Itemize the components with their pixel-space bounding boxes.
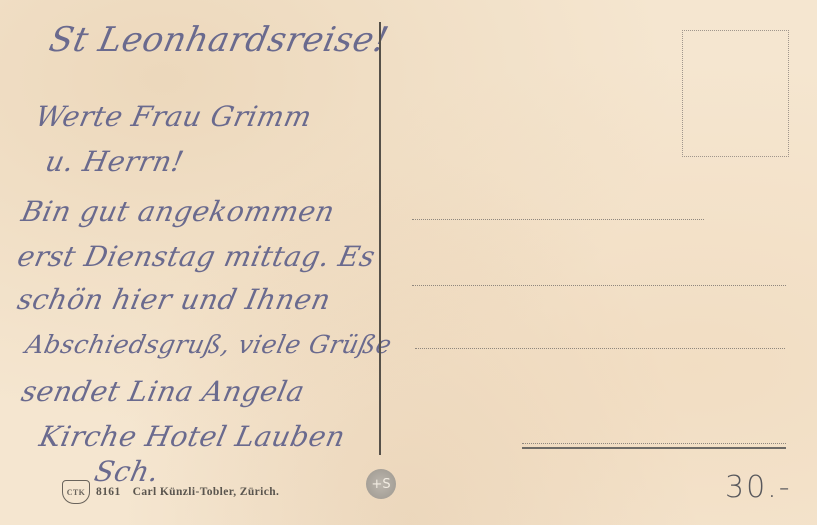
stamp-box <box>682 30 789 157</box>
message-line: Abschiedsgruß, viele Grüße <box>23 330 395 359</box>
address-underline <box>522 447 786 449</box>
price-note: 30.- <box>725 470 792 505</box>
postcard-back: St Leonhardsreise! Werte Frau Grimm u. H… <box>0 0 817 525</box>
message-line: Werte Frau Grimm <box>32 100 314 133</box>
ctk-logo-icon: CTK <box>62 480 90 504</box>
message-line: Kirche Hotel Lauben <box>36 420 348 453</box>
message-line: u. Herrn! <box>42 145 186 178</box>
center-divider <box>379 22 381 455</box>
address-line <box>412 285 786 286</box>
message-line: Bin gut angekommen <box>18 195 337 228</box>
address-line <box>415 348 785 349</box>
message-line: St Leonhardsreise! <box>46 20 392 60</box>
publisher-name: Carl Künzli-Tobler, Zürich. <box>133 486 280 498</box>
message-line: erst Dienstag mittag. Es <box>14 240 378 273</box>
address-line <box>412 219 704 220</box>
message-line: sendet Lina Angela <box>18 375 307 408</box>
publisher-imprint: CTK 8161 Carl Künzli-Tobler, Zürich. <box>62 480 279 504</box>
seal-icon: +S <box>366 469 396 499</box>
address-line <box>522 443 786 444</box>
message-line: schön hier und Ihnen <box>14 283 333 316</box>
catalog-number: 8161 <box>96 486 121 498</box>
